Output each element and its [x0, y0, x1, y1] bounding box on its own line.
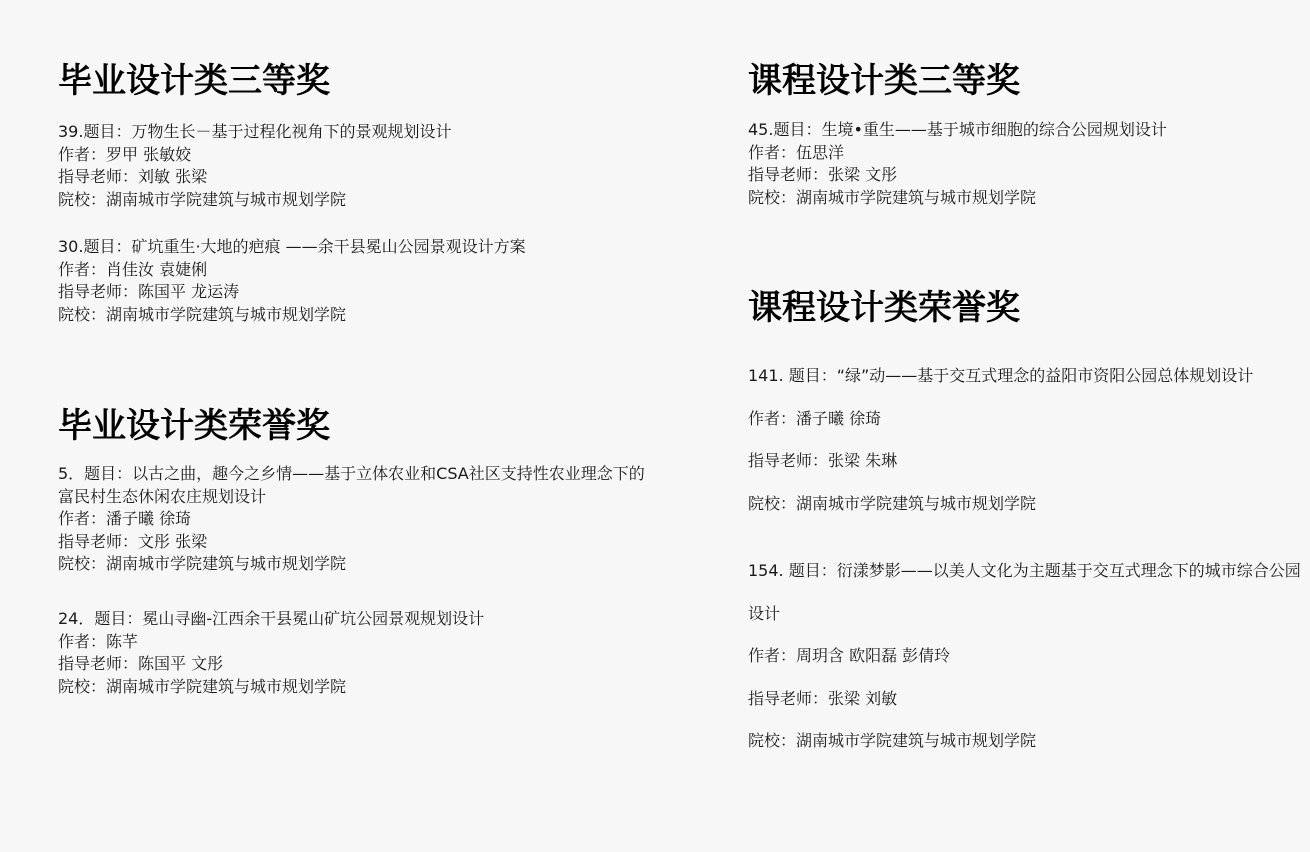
- entry-school-line: 院校：湖南城市学院建筑与城市规划学院: [748, 483, 1308, 526]
- award-entry: 45.题目：生境•重生——基于城市细胞的综合公园规划设计 作者：伍思洋 指导老师…: [748, 119, 1308, 209]
- entry-title-line: 24．题目：冕山寻幽-江西余干县冕山矿坑公园景观规划设计: [58, 608, 678, 631]
- entry-author-line: 作者：伍思洋: [748, 142, 1308, 165]
- section-heading-course-honor-award: 课程设计类荣誉奖: [748, 288, 1020, 329]
- entry-author-line: 作者：潘子曦 徐琦: [748, 398, 1308, 441]
- entry-advisor-line: 指导老师：陈国平 文彤: [58, 653, 678, 676]
- entry-title-line: 154. 题目：衍漾梦影——以美人文化为主题基于交互式理念下的城市综合公园设计: [748, 550, 1308, 635]
- entry-author-line: 作者：潘子曦 徐琦: [58, 508, 656, 531]
- entry-title-line: 141. 题目：“绿”动——基于交互式理念的益阳市资阳公园总体规划设计: [748, 355, 1308, 398]
- entry-title-line: 39.题目：万物生长－基于过程化视角下的景观规划设计: [58, 121, 678, 144]
- entry-author-line: 作者：肖佳汝 袁婕俐: [58, 259, 678, 282]
- entry-school-line: 院校：湖南城市学院建筑与城市规划学院: [58, 553, 656, 576]
- award-entry: 5．题目：以古之曲，趣今之乡情——基于立体农业和CSA社区支持性农业理念下的富民…: [58, 463, 656, 576]
- entry-advisor-line: 指导老师：张梁 文彤: [748, 164, 1308, 187]
- entry-advisor-line: 指导老师：文彤 张梁: [58, 531, 656, 554]
- award-entry: 141. 题目：“绿”动——基于交互式理念的益阳市资阳公园总体规划设计 作者：潘…: [748, 355, 1308, 525]
- award-entry: 30.题目：矿坑重生·大地的疤痕 ——余干县冕山公园景观设计方案 作者：肖佳汝 …: [58, 236, 678, 326]
- entry-advisor-line: 指导老师：张梁 朱琳: [748, 440, 1308, 483]
- entry-title-line: 5．题目：以古之曲，趣今之乡情——基于立体农业和CSA社区支持性农业理念下的富民…: [58, 463, 656, 508]
- section-heading-graduation-third-prize: 毕业设计类三等奖: [58, 61, 330, 102]
- award-entry: 39.题目：万物生长－基于过程化视角下的景观规划设计 作者：罗甲 张敏姣 指导老…: [58, 121, 678, 211]
- entry-author-line: 作者：陈芊: [58, 631, 678, 654]
- section-heading-course-third-prize: 课程设计类三等奖: [748, 61, 1020, 102]
- entry-advisor-line: 指导老师：刘敏 张梁: [58, 166, 678, 189]
- entry-advisor-line: 指导老师：陈国平 龙运涛: [58, 281, 678, 304]
- award-entry: 24．题目：冕山寻幽-江西余干县冕山矿坑公园景观规划设计 作者：陈芊 指导老师：…: [58, 608, 678, 698]
- award-entry: 154. 题目：衍漾梦影——以美人文化为主题基于交互式理念下的城市综合公园设计 …: [748, 550, 1308, 763]
- entry-title-line: 45.题目：生境•重生——基于城市细胞的综合公园规划设计: [748, 119, 1308, 142]
- entry-author-line: 作者：罗甲 张敏姣: [58, 144, 678, 167]
- entry-school-line: 院校：湖南城市学院建筑与城市规划学院: [58, 676, 678, 699]
- entry-school-line: 院校：湖南城市学院建筑与城市规划学院: [748, 187, 1308, 210]
- entry-advisor-line: 指导老师：张梁 刘敏: [748, 678, 1308, 721]
- entry-title-line: 30.题目：矿坑重生·大地的疤痕 ——余干县冕山公园景观设计方案: [58, 236, 678, 259]
- entry-school-line: 院校：湖南城市学院建筑与城市规划学院: [58, 189, 678, 212]
- entry-school-line: 院校：湖南城市学院建筑与城市规划学院: [748, 720, 1308, 763]
- entry-school-line: 院校：湖南城市学院建筑与城市规划学院: [58, 304, 678, 327]
- section-heading-graduation-honor-award: 毕业设计类荣誉奖: [58, 406, 330, 447]
- entry-author-line: 作者：周玥含 欧阳磊 彭倩玲: [748, 635, 1308, 678]
- awards-page: 毕业设计类三等奖 39.题目：万物生长－基于过程化视角下的景观规划设计 作者：罗…: [0, 0, 1310, 852]
